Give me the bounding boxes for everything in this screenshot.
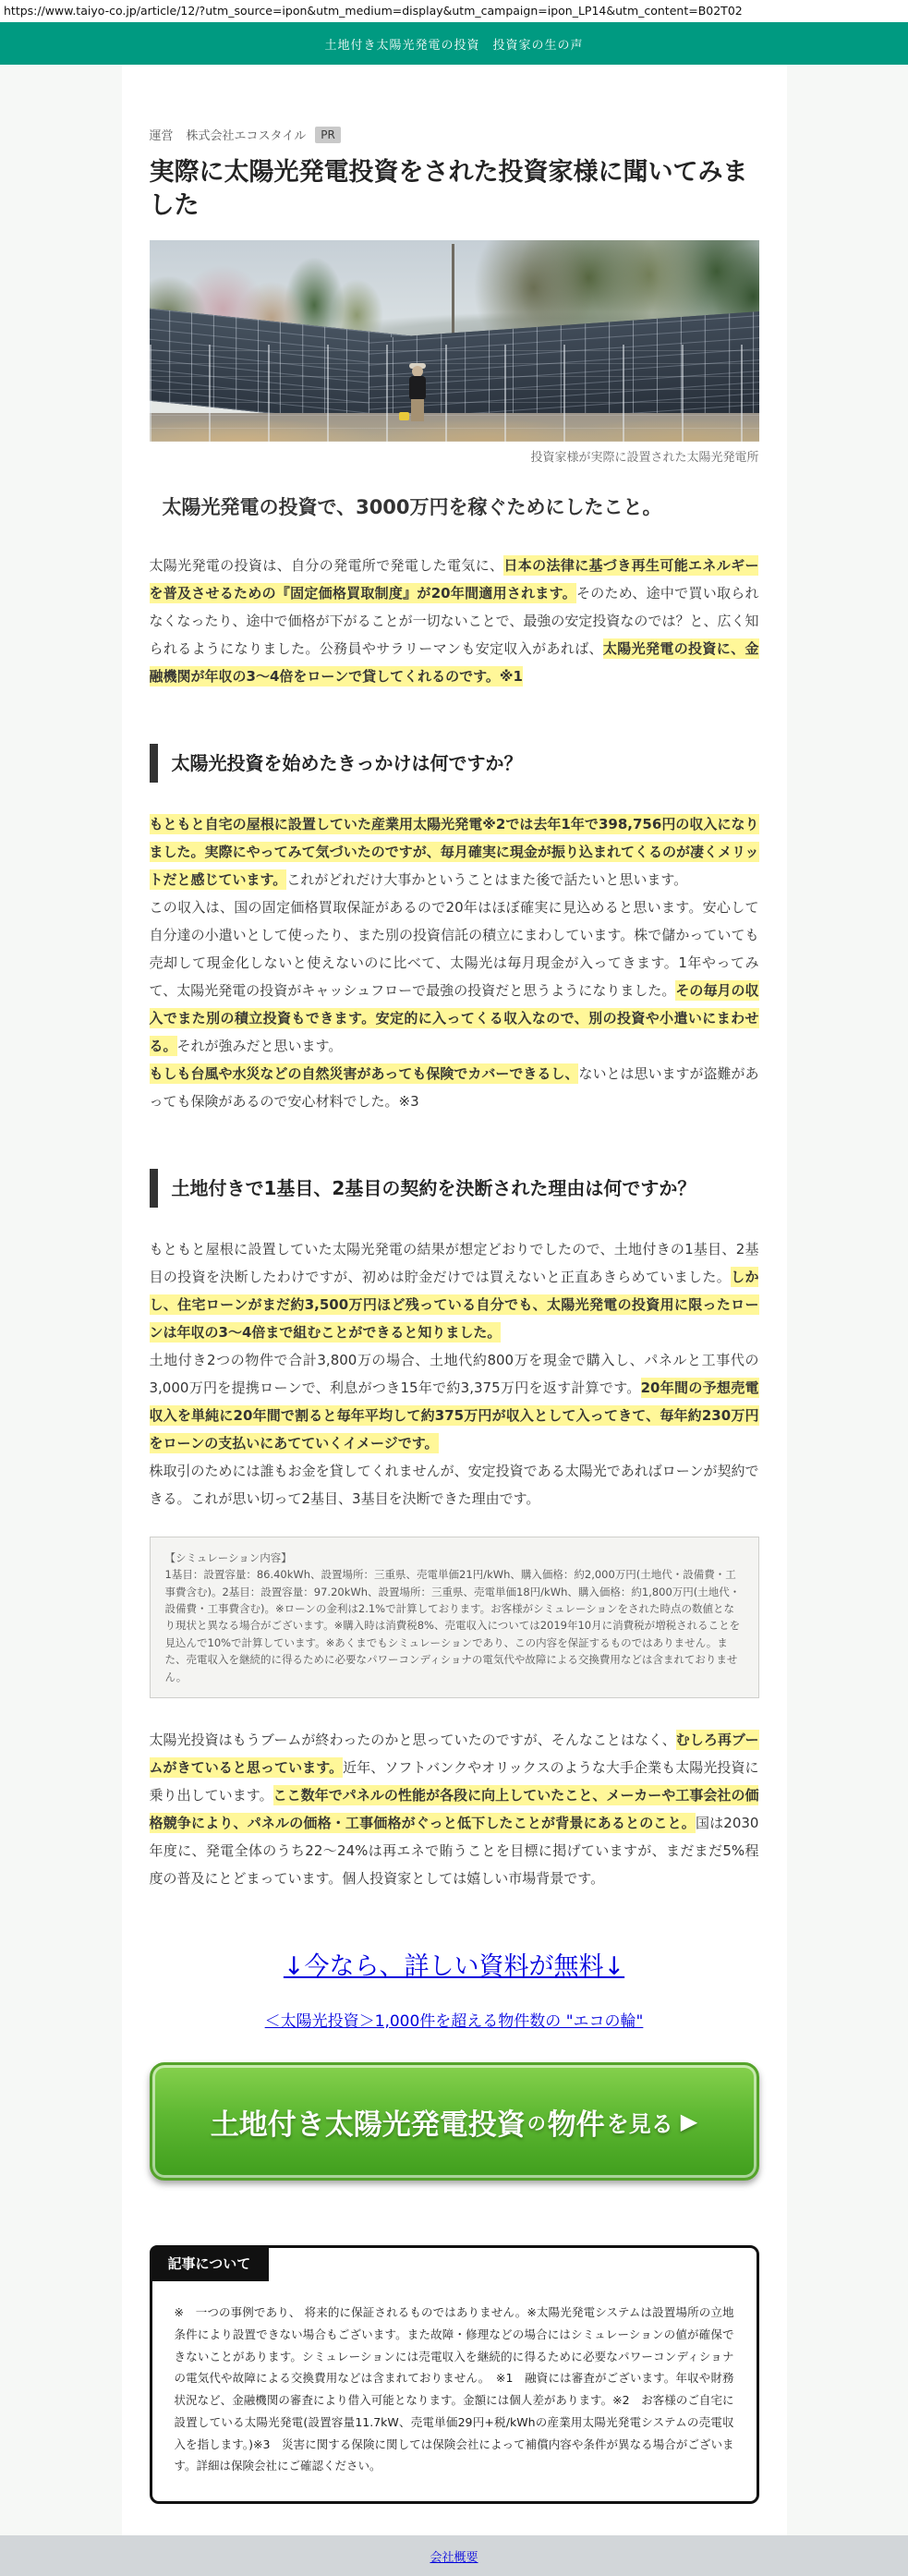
pr-badge: PR bbox=[315, 127, 341, 143]
person-body bbox=[409, 376, 426, 400]
site-header: 土地付き太陽光発電の投資 投資家の生の声 bbox=[0, 22, 908, 65]
eco-no-wa-link[interactable]: ＜太陽光投資＞1,000件を超える物件数の "エコの輪" bbox=[265, 2012, 644, 2031]
photo-fence bbox=[150, 345, 759, 442]
page-background: 運営 株式会社エコスタイル PR 実際に太陽光発電投資をされた投資家様に聞いてみ… bbox=[0, 65, 908, 2535]
notice-body: ※ 一つの事例であり、 将来的に保証されるものではありません。※太陽光発電システ… bbox=[175, 2302, 734, 2477]
view-properties-button[interactable]: 土地付き太陽光発電投資の物件を見る▶ bbox=[150, 2062, 759, 2181]
simulation-box-body: 1基目：設置容量：86.40kWh、設置場所：三重県、売電単価21円/kWh、購… bbox=[165, 1566, 744, 1685]
arrow-right-icon: ▶ bbox=[681, 2108, 697, 2134]
article-card: 運営 株式会社エコスタイル PR 実際に太陽光発電投資をされた投資家様に聞いてみ… bbox=[122, 65, 787, 2535]
section-heading-2: 土地付きで1基目、2基目の契約を決断された理由は何ですか？ bbox=[150, 1169, 759, 1208]
company-profile-link[interactable]: 会社概要 bbox=[430, 2547, 478, 2565]
section-heading-1: 太陽光投資を始めたきっかけは何ですか？ bbox=[150, 744, 759, 783]
cta-text-bukken: 物件 bbox=[548, 2101, 605, 2143]
cta-text-main: 土地付き太陽光発電投資 bbox=[211, 2101, 526, 2143]
intro-paragraph: 太陽光発電の投資は、自分の発電所で発電した電気に、日本の法律に基づき再生可能エネ… bbox=[150, 552, 759, 690]
section2-paragraph-2: 土地付き2つの物件で合計3,800万の場合、土地代約800万を現金で購入し、パネ… bbox=[150, 1346, 759, 1457]
site-header-title: 土地付き太陽光発電の投資 投資家の生の声 bbox=[324, 35, 583, 53]
solar-farm-photo bbox=[150, 240, 759, 442]
notice-title: 記事について bbox=[150, 2245, 270, 2281]
section1-paragraph-1: もともと自宅の屋根に設置していた産業用太陽光発電※2では去年1年で398,756… bbox=[150, 810, 759, 893]
photo-investor-person bbox=[406, 366, 430, 423]
cta-text-particle: の bbox=[527, 2108, 546, 2135]
closing-paragraph: 太陽光投資はもうブームが終わったのかと思っていたのですが、そんなことはなく、むし… bbox=[150, 1726, 759, 1892]
article-title: 実際に太陽光発電投資をされた投資家様に聞いてみました bbox=[150, 156, 759, 224]
article-notice-box: 記事について ※ 一つの事例であり、 将来的に保証されるものではありません。※太… bbox=[150, 2245, 759, 2504]
meta-operator-label: 運営 bbox=[150, 126, 174, 143]
section2-paragraph-1: もともと屋根に設置していた太陽光発電の結果が想定どおりでしたので、土地付きの1基… bbox=[150, 1235, 759, 1346]
browser-url[interactable]: https://www.taiyo-co.jp/article/12/?utm_… bbox=[0, 0, 908, 22]
free-materials-link-row: ↓今なら、詳しい資料が無料↓ bbox=[150, 1946, 759, 1982]
section1-paragraph-2: この収入は、国の固定価格買取保証があるので20年はほぼ確実に見込めると思います。… bbox=[150, 893, 759, 1060]
free-materials-link[interactable]: ↓今なら、詳しい資料が無料↓ bbox=[284, 1952, 624, 1981]
article-meta: 運営 株式会社エコスタイル PR bbox=[150, 126, 759, 143]
photo-caption: 投資家様が実際に設置された太陽光発電所 bbox=[150, 447, 759, 465]
cta-text-wo-miru: を見る bbox=[607, 2106, 673, 2138]
person-legs bbox=[411, 399, 424, 421]
eco-no-wa-link-row: ＜太陽光投資＞1,000件を超える物件数の "エコの輪" bbox=[150, 2008, 759, 2031]
meta-company-name: 株式会社エコスタイル bbox=[187, 126, 307, 143]
page-footer: 会社概要 bbox=[0, 2535, 908, 2576]
article-subheading: 太陽光発電の投資で、3000万円を稼ぐためにしたこと。 bbox=[150, 492, 759, 520]
section1-paragraph-3: もしも台風や水災などの自然災害があっても保険でカバーできるし、ないとは思いますが… bbox=[150, 1060, 759, 1115]
section2-paragraph-3: 株取引のためには誰もお金を貸してくれませんが、安定投資である太陽光であればローン… bbox=[150, 1457, 759, 1513]
person-bucket bbox=[399, 412, 409, 420]
simulation-box: 【シミュレーション内容】 1基目：設置容量：86.40kWh、設置場所：三重県、… bbox=[150, 1537, 759, 1698]
simulation-box-title: 【シミュレーション内容】 bbox=[165, 1549, 744, 1566]
